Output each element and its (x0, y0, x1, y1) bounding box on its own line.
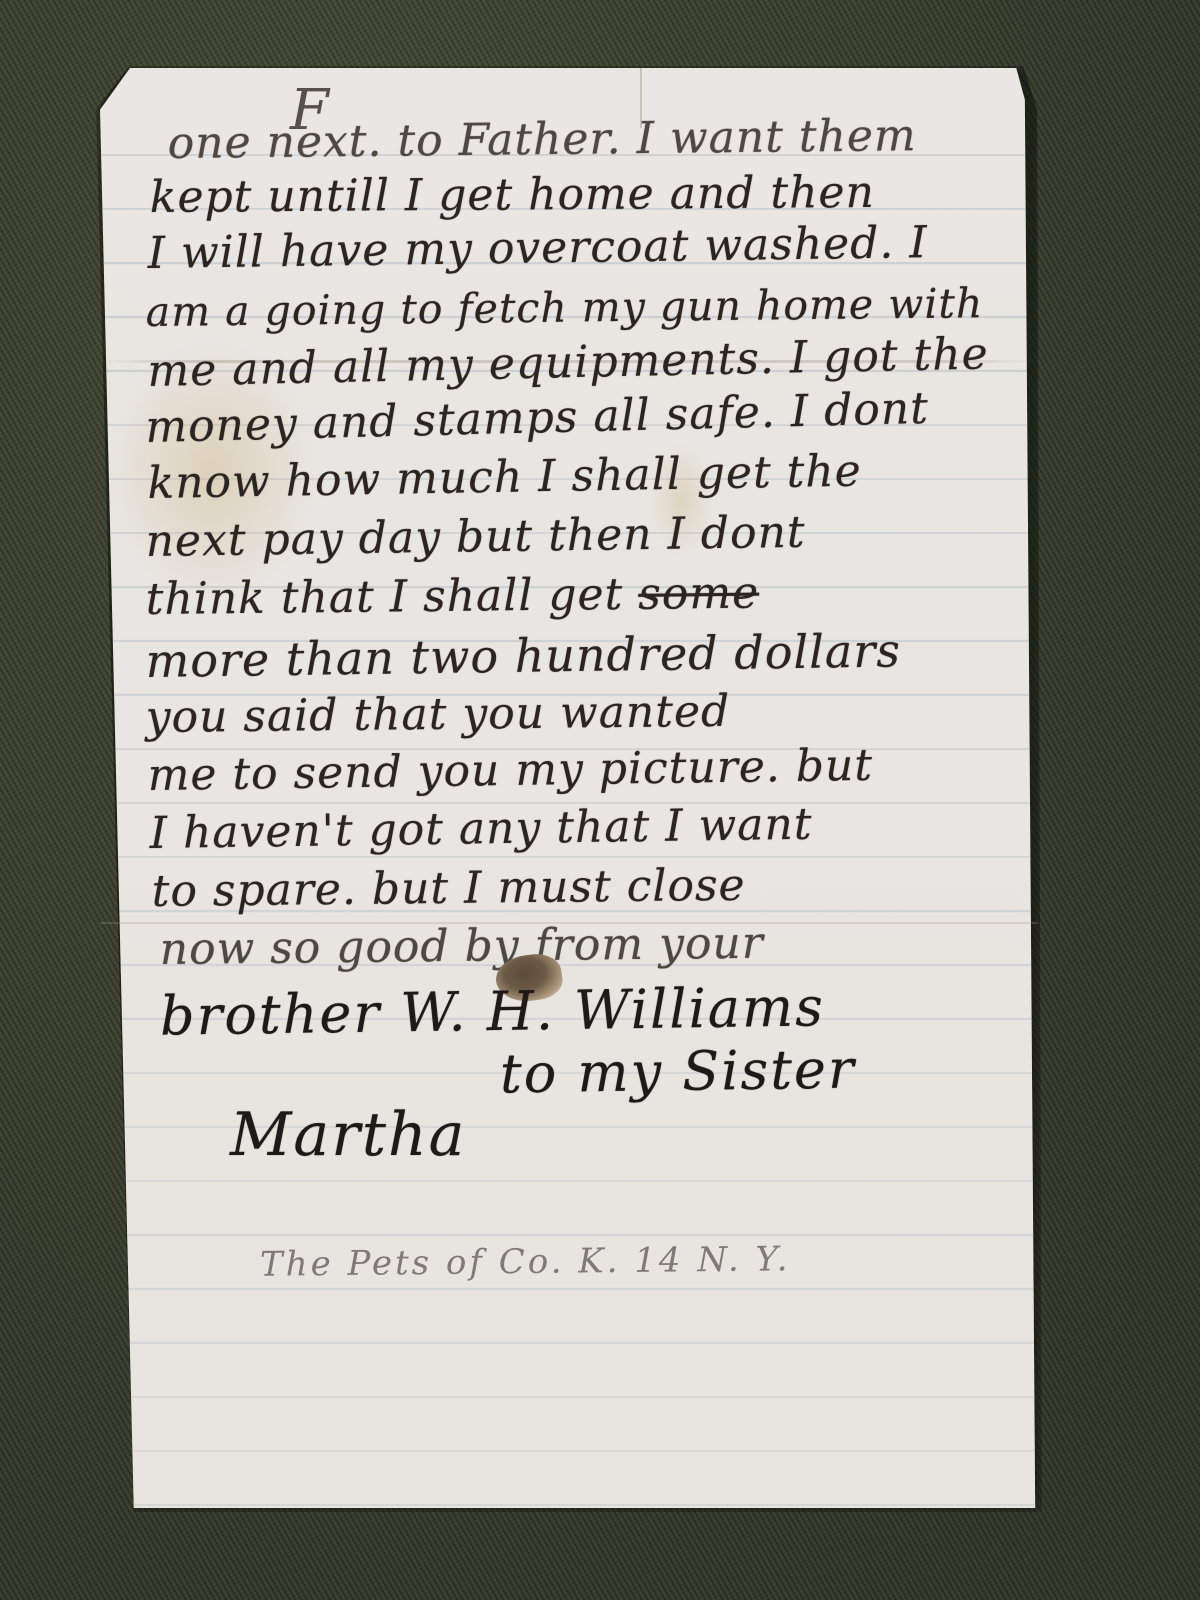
addressee-name: Martha (230, 1100, 466, 1170)
letter-line-1: one next. to Father. I want them (167, 110, 916, 169)
letter-line-15: now so good by from your (159, 918, 764, 975)
addressee-line: to my Sister (500, 1038, 857, 1106)
letter-line-9-text: think that I shall get (145, 569, 623, 625)
signature: brother W. H. Williams (160, 975, 826, 1047)
letter-line-2: kept untill I get home and then (150, 167, 875, 223)
letter-line-11: you said that you wanted (145, 686, 730, 743)
letter-line-12: me to send you my picture. but (147, 740, 873, 801)
letter-line-3: I will have my overcoat washed. I (147, 217, 928, 279)
letter-line-4: am a going to fetch my gun home with (145, 279, 983, 336)
letter-line-13: I haven't got any that I want (149, 799, 813, 859)
pencil-note: The Pets of Co. K. 14 N. Y. (260, 1239, 791, 1285)
letter-line-9: think that I shall get some (145, 568, 759, 625)
letter-line-10: more than two hundred dollars (145, 623, 901, 688)
struck-out-word: some (638, 568, 759, 620)
letter-line-14: to spare. but I must close (151, 860, 745, 917)
letter-line-8: next pay day but then I dont (145, 507, 806, 567)
